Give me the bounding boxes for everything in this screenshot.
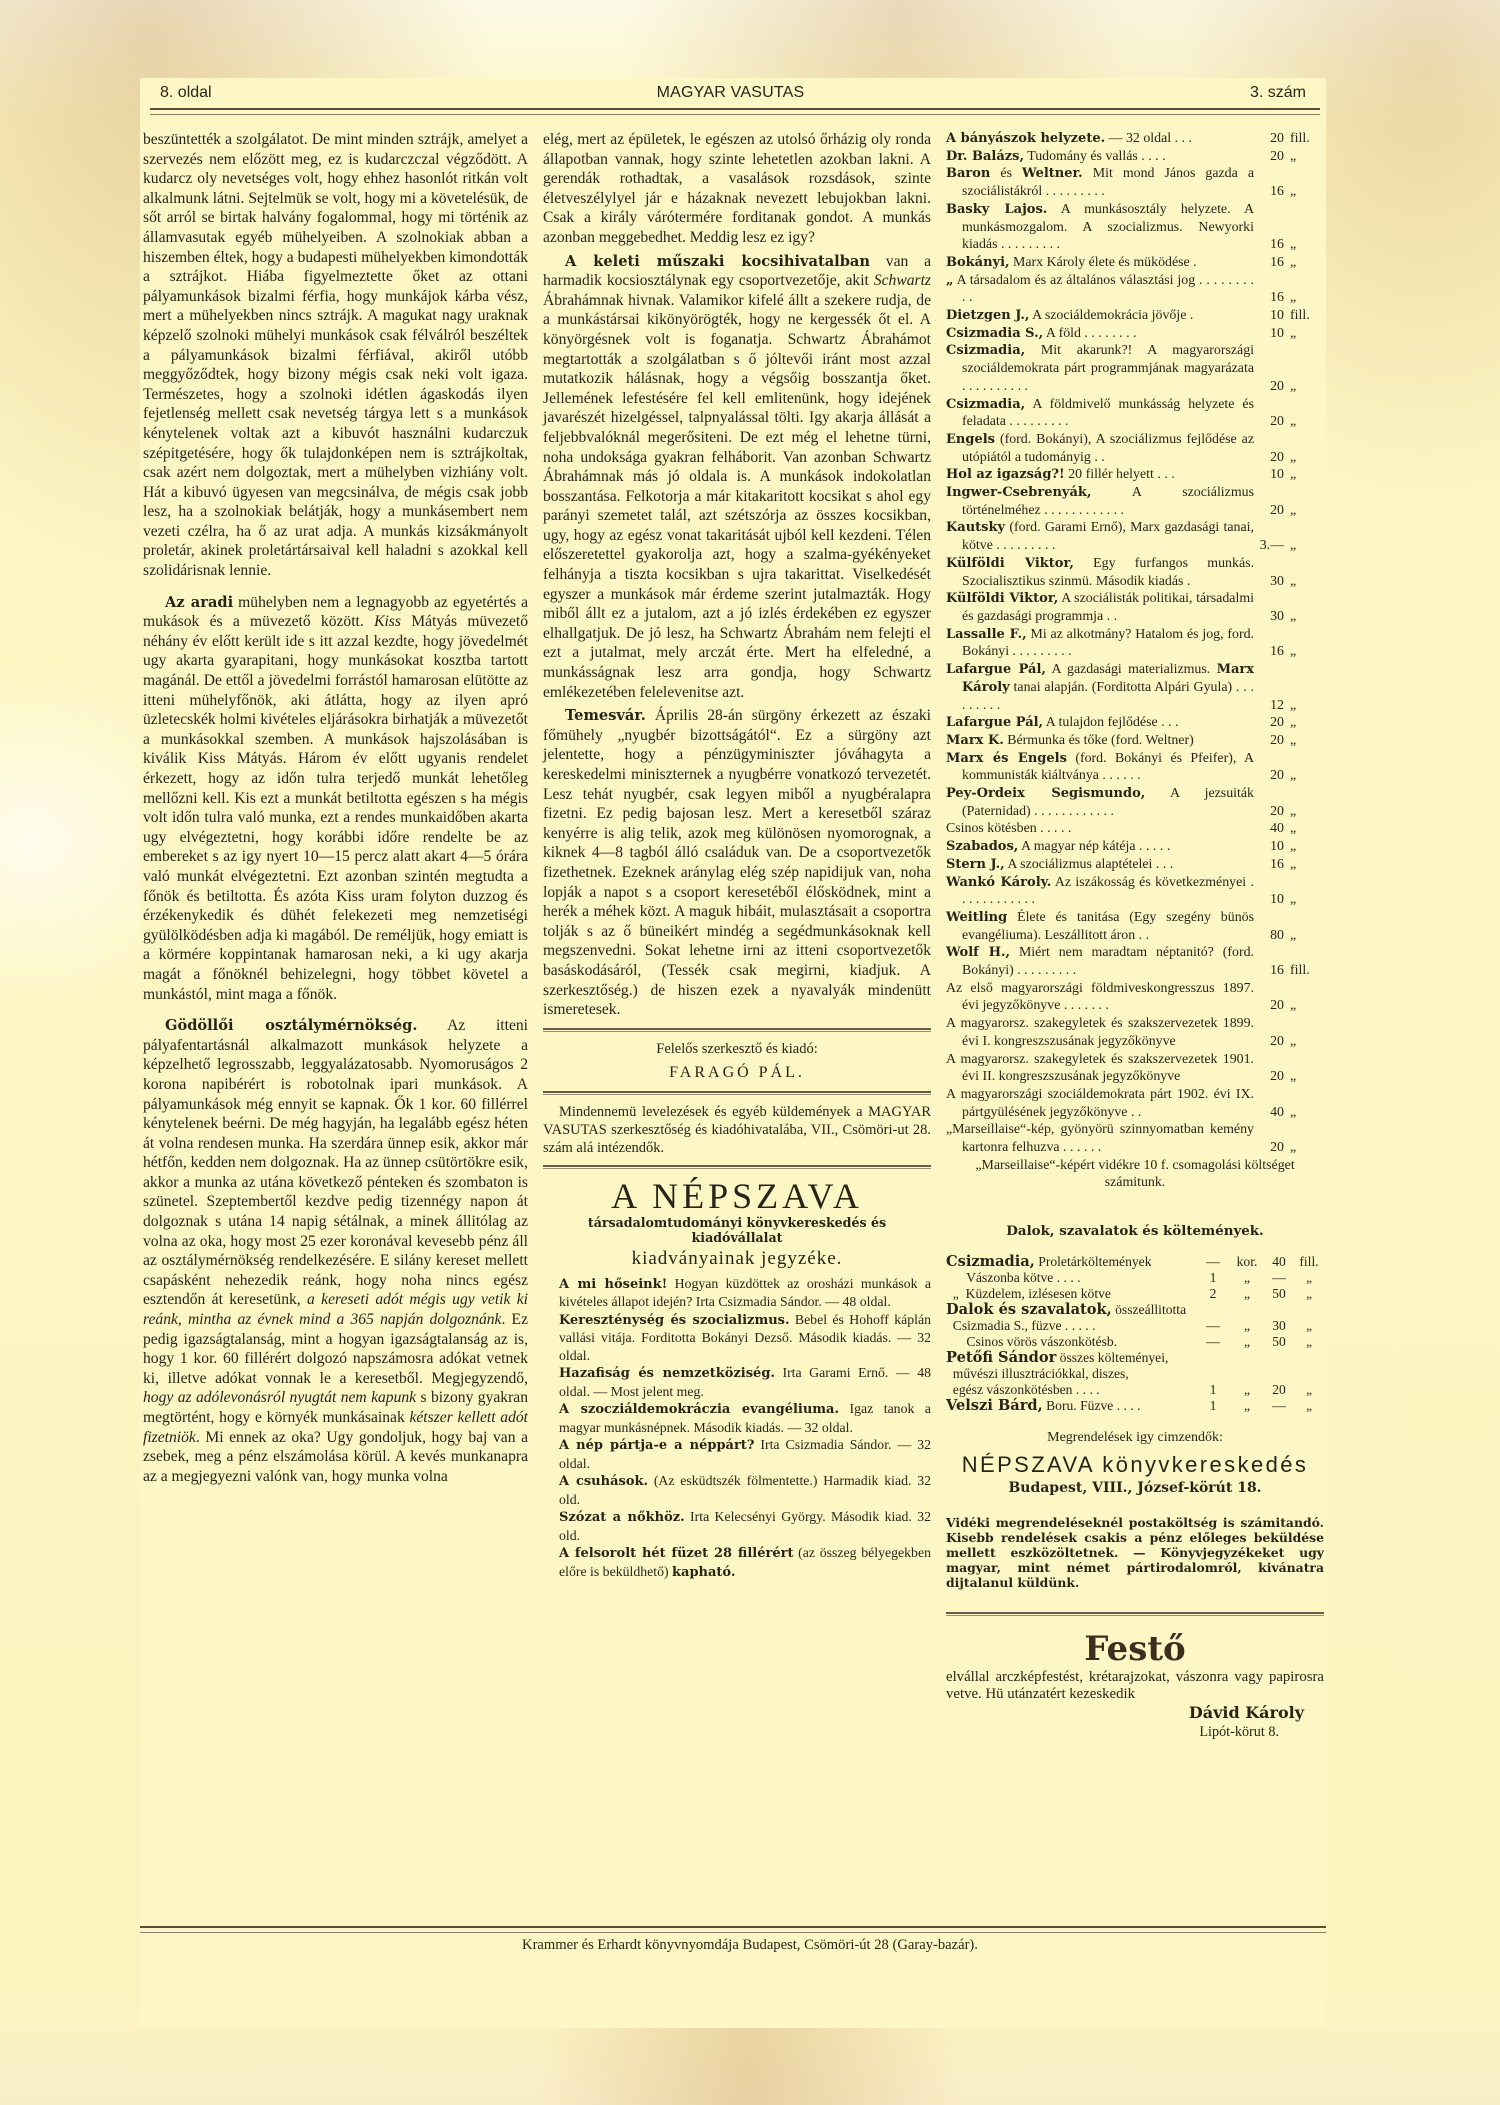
book-price: 80 [1254,927,1284,945]
publication-title: kapható. [672,1565,735,1580]
book-title: Ingwer-Csebrenyák, A szociálizmus történ… [946,484,1254,519]
songs-price-list: Csizmadia, Proletárköltemények—kor.40fil… [946,1254,1324,1414]
book-title: Csizmadia, Mit akarunk?! A magyarországi… [946,342,1254,395]
book-price: 3.— [1254,537,1284,555]
book-description: A tulajdon fejlődése . . . [1043,715,1178,730]
ad-nepszava-list-title: kiadványainak jegyzéke. [543,1249,931,1269]
book-description: (ford. Garami Ernő), Marx gazdasági tana… [962,520,1254,553]
book-item: Baron és Weltner. Mit mond János gazda a… [946,165,1324,200]
song-item: Velszi Bárd, Boru. Füzve . . . .1„—„ [946,1398,1324,1414]
book-item: Ingwer-Csebrenyák, A szociálizmus történ… [946,484,1324,519]
book-title: Csizmadia S., A föld . . . . . . . . [946,325,1254,343]
book-item: Hol az igazság?! 20 fillér helyett . . .… [946,466,1324,484]
book-item: Csinos kötésben . . . . .40„ [946,820,1324,838]
article-szolnok-continued: beszüntették a szolgálatot. De mint mind… [143,130,528,581]
publication-item: A felsorolt hét füzet 28 fillérért (az ö… [543,1544,931,1581]
masthead-rule [150,108,1320,115]
song-price-unit: „ [1294,1398,1324,1414]
song-title: Csizmadia, Proletárköltemények [946,1254,1196,1270]
book-item: Külföldi Viktor, Egy furfangos munkás. S… [946,555,1324,590]
book-price-unit: „ [1284,148,1324,166]
column-left: beszüntették a szolgálatot. De mint mind… [143,130,528,1486]
book-item: A magyarországi szociáldemokrata párt 19… [946,1086,1324,1121]
book-title: „ A társadalom és az általános választás… [946,272,1254,307]
book-description: Bérmunka és tőke (ford. Weltner) [1004,733,1194,748]
book-title: Wankó Károly. Az iszákosság és következm… [946,874,1254,909]
column-middle: elég, mert az épületek, le egészen az ut… [543,130,931,1581]
song-description: Csinos vörös vászonkötésb. [946,1334,1117,1349]
book-price-unit: fill. [1284,130,1324,148]
song-price-kor: 1 [1196,1382,1230,1398]
book-price: 10 [1254,307,1284,325]
song-price-fill: 50 [1264,1334,1294,1350]
book-price: 16 [1254,962,1284,980]
song-price-fill [1264,1366,1294,1382]
song-price-unit: „ [1294,1334,1324,1350]
book-author: Marx és Engels [946,751,1067,766]
ad-festo-address: Lipót-körut 8. [946,1723,1324,1743]
book-price-unit: „ [1284,573,1324,591]
newspaper-title: MAGYAR VASUTAS [143,84,1318,102]
order-address: Budapest, VIII., József-körút 18. [946,1479,1324,1499]
song-description: összeállitotta [1112,1302,1186,1317]
song-item: Csinos vörös vászonkötésb.—„50„ [946,1334,1324,1350]
song-item: egész vászonkötésben . . . .1„20„ [946,1382,1324,1398]
book-item: Weitling Élete és tanitása (Egy szegény … [946,909,1324,944]
song-price-kor-label [1230,1366,1264,1382]
song-price-unit: „ [1294,1318,1324,1334]
song-price-fill [1264,1350,1294,1366]
article-heading: Temesvár. [565,707,646,724]
book-item: Bokányi, Marx Károly élete és müködése .… [946,254,1324,272]
book-price-unit: „ [1284,714,1324,732]
book-item: Basky Lajos. A munkásosztály helyzete. A… [946,201,1324,254]
song-price-kor [1196,1366,1230,1382]
publication-title: A mi hőseink! [559,1277,667,1292]
song-price-kor-label: „ [1230,1334,1264,1350]
publication-item: A nép pártja-e a néppárt? Irta Csizmadia… [543,1436,931,1472]
song-title: „ Küzdelem, izlésesen kötve [946,1286,1196,1302]
imprint-editor: FARAGÓ PÁL. [543,1063,931,1083]
book-title: Wolf H., Miért nem maradtam néptanitó? (… [946,944,1254,979]
song-price-fill: 40 [1264,1254,1294,1270]
footer-rule [140,1926,1326,1933]
divider [543,1165,931,1169]
book-price: 16 [1254,236,1284,254]
book-title: Basky Lajos. A munkásosztály helyzete. A… [946,201,1254,254]
article-arad: Az aradi mühelyben nem a legnagyobb az e… [143,593,528,1004]
book-price-unit: fill. [1284,962,1324,980]
book-price-unit: „ [1284,820,1324,838]
book-price-unit: „ [1284,1068,1324,1086]
song-price-fill: 20 [1264,1382,1294,1398]
book-description: (ford. Bokányi), A szociálizmus fejlődés… [962,432,1254,465]
book-price: 16 [1254,183,1284,201]
song-item: művészi illusztrációkkal, diszes, [946,1366,1324,1382]
book-price: 20 [1254,714,1284,732]
publication-title: A szocziáldemokráczia evangéliuma. [559,1402,839,1417]
divider [543,1028,931,1032]
divider [946,1612,1324,1616]
book-description: Tudomány és vallás . . . . [1024,149,1166,164]
song-price-kor-label [1230,1302,1264,1318]
book-author: Pey-Ordeix Segismundo, [946,786,1145,801]
song-item: Dalok és szavalatok, összeállitotta [946,1302,1324,1318]
book-description: „Marseillaise“-kép, gyönyörü szinnyomatb… [946,1122,1254,1155]
book-item: „Marseillaise“-kép, gyönyörü szinnyomatb… [946,1121,1324,1156]
song-description: művészi illusztrációkkal, diszes, [946,1366,1129,1381]
book-price-unit: fill. [1284,307,1324,325]
book-author: Wolf H., [946,945,1010,960]
book-author: Dr. Balázs, [946,149,1024,164]
book-price: 10 [1254,838,1284,856]
book-description: Marx Károly élete és müködése . [1010,255,1197,270]
book-price: 16 [1254,856,1284,874]
book-item: Lafargue Pál, A gazdasági materializmus.… [946,661,1324,714]
book-description: A magyarorsz. szakegyletek és szakszerve… [946,1052,1254,1085]
song-price-kor-label: „ [1230,1318,1264,1334]
article-heading: A keleti műszaki kocsihivatalban [565,253,870,270]
book-price: 20 [1254,1033,1284,1051]
book-title: Pey-Ordeix Segismundo, A jezsuiták (Pate… [946,785,1254,820]
book-price-unit: „ [1284,803,1324,821]
publication-title: A csuhások. [559,1474,648,1489]
book-item: Marx K. Bérmunka és tőke (ford. Weltner)… [946,732,1324,750]
book-item: Wankó Károly. Az iszákosság és következm… [946,874,1324,909]
book-price: 10 [1254,325,1284,343]
song-title: művészi illusztrációkkal, diszes, [946,1366,1196,1382]
book-price: 16 [1254,289,1284,307]
book-author: Weltner. [1022,166,1083,181]
song-price-unit [1294,1366,1324,1382]
book-price-unit: „ [1284,254,1324,272]
book-price-unit: „ [1284,183,1324,201]
book-price-unit: „ [1284,1033,1324,1051]
song-price-kor-label: kor. [1230,1254,1264,1270]
song-description: Boru. Füzve . . . . [1043,1398,1141,1413]
song-price-kor: — [1196,1254,1230,1270]
book-price: 20 [1254,130,1284,148]
masthead: 8. oldal MAGYAR VASUTAS 3. szám [143,84,1318,106]
book-price: 20 [1254,767,1284,785]
book-author: Csizmadia S., [946,326,1043,341]
book-title: Külföldi Viktor, Egy furfangos munkás. S… [946,555,1254,590]
song-title: Csizmadia S., füzve . . . . . [946,1318,1196,1334]
book-title: Külföldi Viktor, A szociálisták politika… [946,590,1254,625]
book-price-unit: „ [1284,856,1324,874]
song-author: Petőfi Sándor [946,1349,1056,1366]
book-title: A bányászok helyzete. — 32 oldal . . . [946,130,1254,148]
book-title: Marx és Engels (ford. Bokányi és Pfeifer… [946,750,1254,785]
song-description: Vászonba kötve . . . . [946,1270,1081,1285]
song-price-fill [1264,1302,1294,1318]
book-item: Csizmadia, A földmivelő munkásság helyze… [946,396,1324,431]
book-description: A magyar nép kátéja . . . . . [1018,839,1170,854]
book-author: A bányászok helyzete. [946,131,1105,146]
book-item: „ A társadalom és az általános választás… [946,272,1324,307]
book-item: Az első magyarországi földmiveskongressz… [946,980,1324,1015]
song-price-kor-label: „ [1230,1398,1264,1414]
book-description: A föld . . . . . . . . [1043,326,1136,341]
book-item: Kautsky (ford. Garami Ernő), Marx gazdas… [946,519,1324,554]
song-price-unit: „ [1294,1286,1324,1302]
song-price-fill: — [1264,1398,1294,1414]
book-price-unit: „ [1284,502,1324,520]
song-price-fill: 50 [1264,1286,1294,1302]
book-description: A társadalom és az általános választási … [953,273,1254,306]
song-price-fill: 30 [1264,1318,1294,1334]
issue-number: 3. szám [1250,84,1306,102]
book-author: Dietzgen J., [946,308,1029,323]
article-godollo: Gödöllői osztálymérnökség. Az itteni pál… [143,1016,528,1486]
song-item: Petőfi Sándor összes költeményei, [946,1350,1324,1366]
song-price-kor: 1 [1196,1398,1230,1414]
song-description: Proletárköltemények [1035,1254,1152,1269]
publication-title: Hazafiság és nemzetköziség. [559,1366,775,1381]
book-price-unit: „ [1284,378,1324,396]
book-title: Engels (ford. Bokányi), A szociálizmus f… [946,431,1254,466]
book-title: Csinos kötésben . . . . . [946,820,1254,838]
song-price-unit [1294,1302,1324,1318]
ad-nepszava-subtitle: társadalomtudományi könyvkereskedés és k… [543,1215,931,1245]
book-item: Szabados, A magyar nép kátéja . . . . .1… [946,838,1324,856]
book-price-unit: „ [1284,537,1324,555]
article-continued: elég, mert az épületek, le egészen az ut… [543,130,931,248]
song-title: Csinos vörös vászonkötésb. [946,1334,1196,1350]
publication-item: Kereszténység és szocializmus. Bebel és … [543,1311,931,1365]
song-price-kor-label: „ [1230,1270,1264,1286]
book-price: 10 [1254,466,1284,484]
publication-title: Kereszténység és szocializmus. [559,1313,790,1328]
book-title: Csizmadia, A földmivelő munkásság helyze… [946,396,1254,431]
publication-list: A mi hőseink! Hogyan küzdöttek az oroshá… [543,1275,931,1582]
book-item: Marx és Engels (ford. Bokányi és Pfeifer… [946,750,1324,785]
book-price: 30 [1254,573,1284,591]
book-title: Dr. Balázs, Tudomány és vallás . . . . [946,148,1254,166]
book-price: 16 [1254,643,1284,661]
song-author: Dalok és szavalatok, [946,1301,1112,1318]
song-price-kor: — [1196,1318,1230,1334]
book-price-unit: „ [1284,838,1324,856]
book-item: Dietzgen J., A szociáldemokrácia jövője … [946,307,1324,325]
book-price: 16 [1254,254,1284,272]
song-price-kor [1196,1350,1230,1366]
book-price-unit: „ [1284,236,1324,254]
book-title: Lafargue Pál, A gazdasági materializmus.… [946,661,1254,714]
book-price-unit: „ [1284,289,1324,307]
song-author: Velszi Bárd, [946,1397,1043,1414]
book-title: Lassalle F., Mi az alkotmány? Hatalom és… [946,626,1254,661]
book-description: A magyarországi szociáldemokrata párt 19… [946,1087,1254,1120]
song-item: Csizmadia, Proletárköltemények—kor.40fil… [946,1254,1324,1270]
book-author: Lassalle F., [946,627,1027,642]
book-author: Hol az igazság?! [946,467,1065,482]
article-heading: Gödöllői osztálymérnökség. [165,1017,417,1034]
publication-item: A csuhások. (Az esküdtszék fölmentette.)… [543,1472,931,1508]
book-price-unit: „ [1284,413,1324,431]
song-price-kor: — [1196,1334,1230,1350]
song-item: „ Küzdelem, izlésesen kötve2„50„ [946,1286,1324,1302]
book-description: 20 fillér helyett . . . [1065,467,1175,482]
book-price: 20 [1254,997,1284,1015]
book-title: Bokányi, Marx Károly élete és müködése . [946,254,1254,272]
song-price-fill: — [1264,1270,1294,1286]
book-author: Basky Lajos. [946,202,1047,217]
book-price-unit: „ [1284,325,1324,343]
publication-title: Szózat a nőkhöz. [559,1510,685,1525]
book-price-unit: „ [1284,927,1324,945]
book-title: Baron és Weltner. Mit mond János gazda a… [946,165,1254,200]
ad-festo-text: elvállal arczképfestést, krétarajzokat, … [946,1669,1324,1703]
song-author: Csizmadia, [946,1253,1035,1270]
book-price: 40 [1254,820,1284,838]
song-title: Petőfi Sándor összes költeményei, [946,1350,1196,1366]
book-item: Lafargue Pál, A tulajdon fejlődése . . .… [946,714,1324,732]
publication-item: A szocziáldemokráczia evangéliuma. Igaz … [543,1400,931,1436]
marseillaise-note: „Marseillaise“-képért vidékre 10 f. csom… [946,1157,1324,1192]
book-price: 40 [1254,1104,1284,1122]
song-price-kor-label: „ [1230,1286,1264,1302]
book-price: 20 [1254,1068,1284,1086]
book-item: Lassalle F., Mi az alkotmány? Hatalom és… [946,626,1324,661]
book-title: Lafargue Pál, A tulajdon fejlődése . . . [946,714,1254,732]
book-item: A magyarorsz. szakegyletek és szakszerve… [946,1015,1324,1050]
publication-item: Hazafiság és nemzetköziség. Irta Garami … [543,1364,931,1400]
book-author: Engels [946,432,995,447]
book-item: Külföldi Viktor, A szociálisták politika… [946,590,1324,625]
book-price: 20 [1254,1139,1284,1157]
book-title: Dietzgen J., A szociáldemokrácia jövője … [946,307,1254,325]
correspondence-notice: Mindennemü levelezések és egyéb küldemén… [543,1103,931,1157]
song-price-unit: „ [1294,1382,1324,1398]
book-price-unit: „ [1284,643,1324,661]
song-description: egész vászonkötésben . . . . [946,1382,1100,1397]
song-price-unit [1294,1350,1324,1366]
book-description: Csinos kötésben . . . . . [946,821,1071,836]
book-price-unit: „ [1284,767,1324,785]
book-title: Szabados, A magyar nép kátéja . . . . . [946,838,1254,856]
song-title: egész vászonkötésben . . . . [946,1382,1196,1398]
publication-title: A nép pártja-e a néppárt? [559,1438,754,1453]
book-title: A magyarorsz. szakegyletek és szakszerve… [946,1051,1254,1086]
order-note: Vidéki megrendeléseknél postaköltség is … [946,1515,1324,1590]
book-author: Kautsky [946,520,1005,535]
book-price-unit: „ [1284,466,1324,484]
songs-section-title: Dalok, szavalatok és költemények. [946,1222,1324,1242]
book-item: Stern J., A szociálizmus alaptételei . .… [946,856,1324,874]
printer-imprint: Krammer és Erhardt könyvnyomdája Budapes… [0,1937,1500,1954]
book-price: 20 [1254,413,1284,431]
book-author: Weitling [946,910,1007,925]
ad-festo-name: Dávid Károly [1189,1703,1324,1723]
book-price: 30 [1254,608,1284,626]
book-author: Ingwer-Csebrenyák, [946,485,1091,500]
book-description: A szociálizmus alaptételei . . . [1005,857,1174,872]
book-title: A magyarorsz. szakegyletek és szakszerve… [946,1015,1254,1050]
song-description: „ Küzdelem, izlésesen kötve [946,1286,1111,1301]
book-author: Wankó Károly. [946,875,1051,890]
book-title: Stern J., A szociálizmus alaptételei . .… [946,856,1254,874]
book-title: Hol az igazság?! 20 fillér helyett . . . [946,466,1254,484]
book-price: 20 [1254,732,1284,750]
song-description: összes költeményei, [1056,1350,1168,1365]
book-author: Stern J., [946,857,1005,872]
book-description: A szociáldemokrácia jövője . [1029,308,1193,323]
song-title: Vászonba kötve . . . . [946,1270,1196,1286]
song-price-unit: fill. [1294,1254,1324,1270]
book-item: Csizmadia S., A föld . . . . . . . .10„ [946,325,1324,343]
book-price: 12 [1254,697,1284,715]
book-author: Külföldi Viktor, [946,591,1058,606]
song-price-kor-label [1230,1350,1264,1366]
article-keleti: A keleti műszaki kocsihivatalban van a h… [543,252,931,703]
book-item: A magyarorsz. szakegyletek és szakszerve… [946,1051,1324,1086]
book-item: Dr. Balázs, Tudomány és vallás . . . .20… [946,148,1324,166]
book-item: Csizmadia, Mit akarunk?! A magyarországi… [946,342,1324,395]
book-price: 20 [1254,502,1284,520]
book-price-list: A bányászok helyzete. — 32 oldal . . .20… [946,130,1324,1157]
song-price-kor: 2 [1196,1286,1230,1302]
book-author: Csizmadia, [946,397,1025,412]
publication-title: A felsorolt hét füzet 28 fillérért [559,1546,793,1561]
book-title: „Marseillaise“-kép, gyönyörü szinnyomatb… [946,1121,1254,1156]
book-description: Az első magyarországi földmiveskongressz… [946,981,1254,1014]
song-item: Vászonba kötve . . . .1„—„ [946,1270,1324,1286]
book-price-unit: „ [1284,1104,1324,1122]
book-price-unit: „ [1284,608,1324,626]
song-price-unit: „ [1294,1270,1324,1286]
book-item: Engels (ford. Bokányi), A szociálizmus f… [946,431,1324,466]
book-item: Wolf H., Miért nem maradtam néptanitó? (… [946,944,1324,979]
book-title: Weitling Élete és tanitása (Egy szegény … [946,909,1254,944]
book-item: A bányászok helyzete. — 32 oldal . . .20… [946,130,1324,148]
book-price: 10 [1254,891,1284,909]
book-price: 20 [1254,148,1284,166]
book-price-unit: „ [1284,1139,1324,1157]
song-title: Dalok és szavalatok, összeállitotta [946,1302,1196,1318]
article-heading: Az aradi [165,594,233,611]
book-description: A magyarorsz. szakegyletek és szakszerve… [946,1016,1254,1049]
book-price: 20 [1254,449,1284,467]
book-price: 20 [1254,378,1284,396]
article-temesvar: Temesvár. Április 28-án sürgöny érkezett… [543,706,931,1020]
song-description: Csizmadia S., füzve . . . . . [946,1318,1096,1333]
book-description: — 32 oldal . . . [1105,131,1192,146]
book-price-unit: „ [1284,697,1324,715]
column-right: A bányászok helyzete. — 32 oldal . . .20… [946,130,1324,1742]
publication-item: A mi hőseink! Hogyan küzdöttek az oroshá… [543,1275,931,1311]
divider [543,1091,931,1095]
song-title: Velszi Bárd, Boru. Füzve . . . . [946,1398,1196,1414]
song-price-kor: 1 [1196,1270,1230,1286]
book-item: Pey-Ordeix Segismundo, A jezsuiták (Pate… [946,785,1324,820]
book-author: Csizmadia, [946,343,1025,358]
book-price-unit: „ [1284,449,1324,467]
song-item: Csizmadia S., füzve . . . . .—„30„ [946,1318,1324,1334]
book-author: Bokányi, [946,255,1010,270]
book-author: Baron [946,166,990,181]
book-author: Marx K. [946,733,1004,748]
book-author: Szabados, [946,839,1018,854]
book-price-unit: „ [1284,997,1324,1015]
book-description: és [990,166,1022,181]
book-description: A gazdasági materializmus. [1046,662,1217,677]
book-author: Külföldi Viktor, [946,556,1074,571]
book-title: Az első magyarországi földmiveskongressz… [946,980,1254,1015]
ad-festo-signature: Dávid Károly [946,1703,1324,1723]
book-author: Lafargue Pál, [946,715,1043,730]
ad-nepszava-title: A NÉPSZAVA [543,1177,931,1215]
